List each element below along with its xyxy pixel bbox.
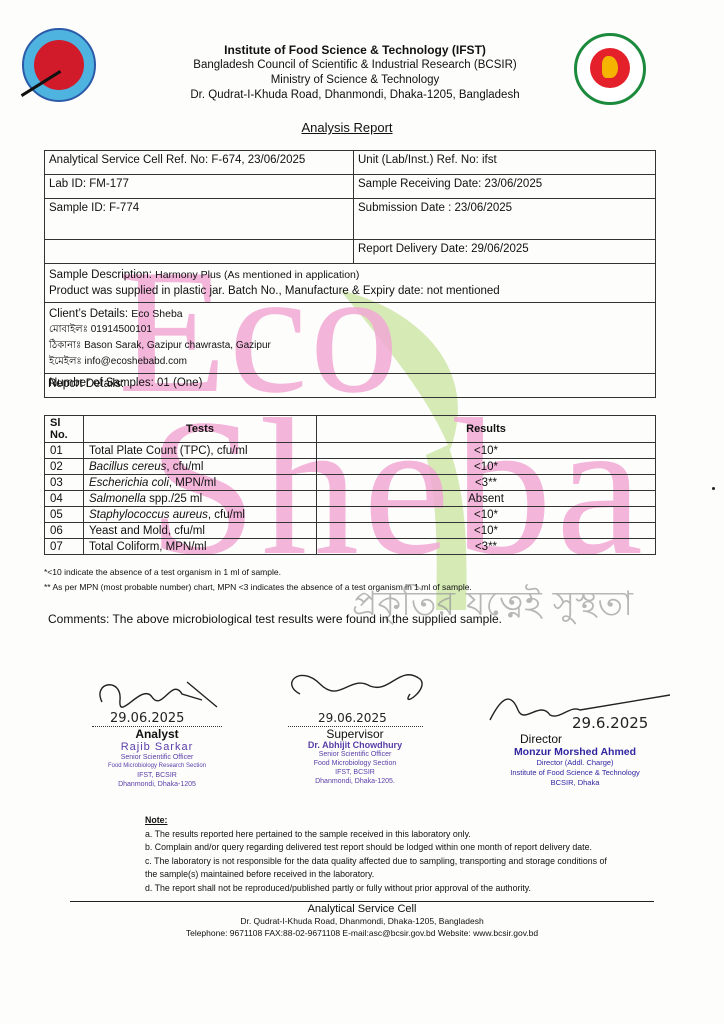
- note-b: b. Complain and/or query regarding deliv…: [145, 841, 615, 855]
- client-label: Client’s Details:: [49, 308, 131, 320]
- supervisor-role: Supervisor: [280, 727, 430, 741]
- sample-description: Sample Description: Harmony Plus (As men…: [45, 264, 656, 303]
- table-row: 05Staphylococcus aureus, cfu/ml<10*: [45, 507, 656, 523]
- notes-section: Note: a. The results reported here perta…: [145, 814, 615, 895]
- ministry-name: Ministry of Science & Technology: [140, 73, 570, 88]
- table-row: 07Total Coliform, MPN/ml<3**: [45, 539, 656, 555]
- client-address: ঠিকানাঃ Bason Sarak, Gazipur chawrasta, …: [49, 338, 651, 354]
- institute-header: Institute of Food Science & Technology (…: [140, 43, 570, 103]
- test-name: Staphylococcus aureus, cfu/ml: [84, 507, 317, 523]
- director-stamp: Monzur Morshed Ahmed Director (Addl. Cha…: [480, 746, 670, 788]
- svg-text:29.6.2025: 29.6.2025: [572, 714, 648, 732]
- supervisor-signature-icon: 29.06.2025: [280, 664, 430, 726]
- submission-date: Submission Date : 23/06/2025: [354, 199, 656, 240]
- client-name: Eco Sheba: [131, 308, 182, 320]
- client-email: ইমেইলঃ info@ecoshebabd.com: [49, 354, 651, 370]
- tests-header: Tests: [84, 416, 317, 443]
- receiving-date: Sample Receiving Date: 23/06/2025: [354, 175, 656, 199]
- footer-title: Analytical Service Cell: [0, 903, 724, 915]
- svg-text:29.06.2025: 29.06.2025: [110, 711, 184, 726]
- note-a: a. The results reported here pertained t…: [145, 828, 615, 842]
- unit-ref: Unit (Lab/Inst.) Ref. No: ifst: [354, 151, 656, 175]
- test-result: <10*: [317, 507, 656, 523]
- director-role: Director: [480, 732, 670, 746]
- test-name: Total Coliform, MPN/ml: [84, 539, 317, 555]
- government-seal-icon: [574, 33, 646, 105]
- lab-id: Lab ID: FM-177: [45, 175, 354, 199]
- note-c: c. The laboratory is not responsible for…: [145, 855, 615, 882]
- sl-no: 03: [45, 475, 84, 491]
- analyst-signature-icon: 29.06.2025: [82, 672, 232, 726]
- footer-contact: Telephone: 9671108 FAX:88-02-9671108 E-m…: [0, 927, 724, 939]
- test-name: Bacillus cereus, cfu/ml: [84, 459, 317, 475]
- sl-no: 07: [45, 539, 84, 555]
- test-name: Total Plate Count (TPC), cfu/ml: [84, 443, 317, 459]
- sample-info-table: Analytical Service Cell Ref. No: F-674, …: [44, 150, 656, 398]
- table-row: 04Salmonella spp./25 mlAbsent: [45, 491, 656, 507]
- comments: Comments: The above microbiological test…: [48, 612, 502, 626]
- test-name: Salmonella spp./25 ml: [84, 491, 317, 507]
- sl-header: SlNo.: [45, 416, 84, 443]
- sl-no: 05: [45, 507, 84, 523]
- test-result: <3**: [317, 475, 656, 491]
- ref-no: Analytical Service Cell Ref. No: F-674, …: [45, 151, 354, 175]
- supervisor-signature-block: 29.06.2025 Supervisor Dr. Abhijit Chowdh…: [280, 664, 430, 786]
- test-result: <10*: [317, 523, 656, 539]
- footer-address: Dr. Qudrat-I-Khuda Road, Dhanmondi, Dhak…: [0, 915, 724, 927]
- page-title: Analysis Report: [0, 120, 694, 135]
- table-row: 03Escherichia coli, MPN/ml<3**: [45, 475, 656, 491]
- director-signature-block: 29.6.2025 Director Monzur Morshed Ahmed …: [480, 690, 670, 788]
- director-signature-icon: 29.6.2025: [480, 690, 670, 732]
- desc-value: Harmony Plus (As mentioned in applicatio…: [155, 269, 359, 281]
- test-results-table: SlNo. Tests Results 01Total Plate Count …: [44, 415, 656, 555]
- analyst-stamp: Rajib Sarkar Senior Scientific Officer F…: [82, 741, 232, 789]
- sl-no: 06: [45, 523, 84, 539]
- footnote-2: ** As per MPN (most probable number) cha…: [44, 582, 472, 592]
- council-name: Bangladesh Council of Scientific & Indus…: [140, 58, 570, 73]
- table-row: 02Bacillus cereus, cfu/ml<10*: [45, 459, 656, 475]
- sl-no: 01: [45, 443, 84, 459]
- footer: Analytical Service Cell Dr. Qudrat-I-Khu…: [0, 903, 724, 939]
- number-of-samples: Number of Samples: 01 (One): [45, 374, 656, 398]
- analyst-role: Analyst: [82, 727, 232, 741]
- note-heading: Note:: [145, 814, 615, 828]
- test-result: <10*: [317, 459, 656, 475]
- supervisor-stamp: Dr. Abhijit Chowdhury Senior Scientific …: [280, 741, 430, 786]
- table-row: 01Total Plate Count (TPC), cfu/ml<10*: [45, 443, 656, 459]
- footer-divider: [70, 901, 654, 902]
- institute-address: Dr. Qudrat-I-Khuda Road, Dhanmondi, Dhak…: [140, 88, 570, 103]
- sl-no: 04: [45, 491, 84, 507]
- test-result: Absent: [317, 491, 656, 507]
- scan-speck: [712, 487, 715, 490]
- desc-label: Sample Description:: [49, 269, 155, 281]
- bcsir-logo-icon: [22, 28, 96, 102]
- sl-no: 02: [45, 459, 84, 475]
- client-details: Client’s Details: Eco Sheba মোবাইলঃ 0191…: [45, 303, 656, 374]
- empty-cell: [45, 240, 354, 264]
- test-result: <10*: [317, 443, 656, 459]
- sample-id: Sample ID: F-774: [45, 199, 354, 240]
- delivery-date: Report Delivery Date: 29/06/2025: [354, 240, 656, 264]
- institute-name: Institute of Food Science & Technology (…: [140, 43, 570, 58]
- desc-line2: Product was supplied in plastic jar. Bat…: [49, 283, 651, 299]
- table-row: 06Yeast and Mold, cfu/ml<10*: [45, 523, 656, 539]
- analyst-signature-block: 29.06.2025 Analyst Rajib Sarkar Senior S…: [82, 672, 232, 789]
- test-result: <3**: [317, 539, 656, 555]
- test-name: Escherichia coli, MPN/ml: [84, 475, 317, 491]
- test-name: Yeast and Mold, cfu/ml: [84, 523, 317, 539]
- note-d: d. The report shall not be reproduced/pu…: [145, 882, 615, 896]
- report-details-label: Report Details:: [48, 378, 124, 390]
- client-mobile: মোবাইলঃ 01914500101: [49, 322, 651, 338]
- results-header: Results: [317, 416, 656, 443]
- svg-text:29.06.2025: 29.06.2025: [318, 711, 387, 725]
- footnote-1: *<10 indicate the absence of a test orga…: [44, 567, 281, 577]
